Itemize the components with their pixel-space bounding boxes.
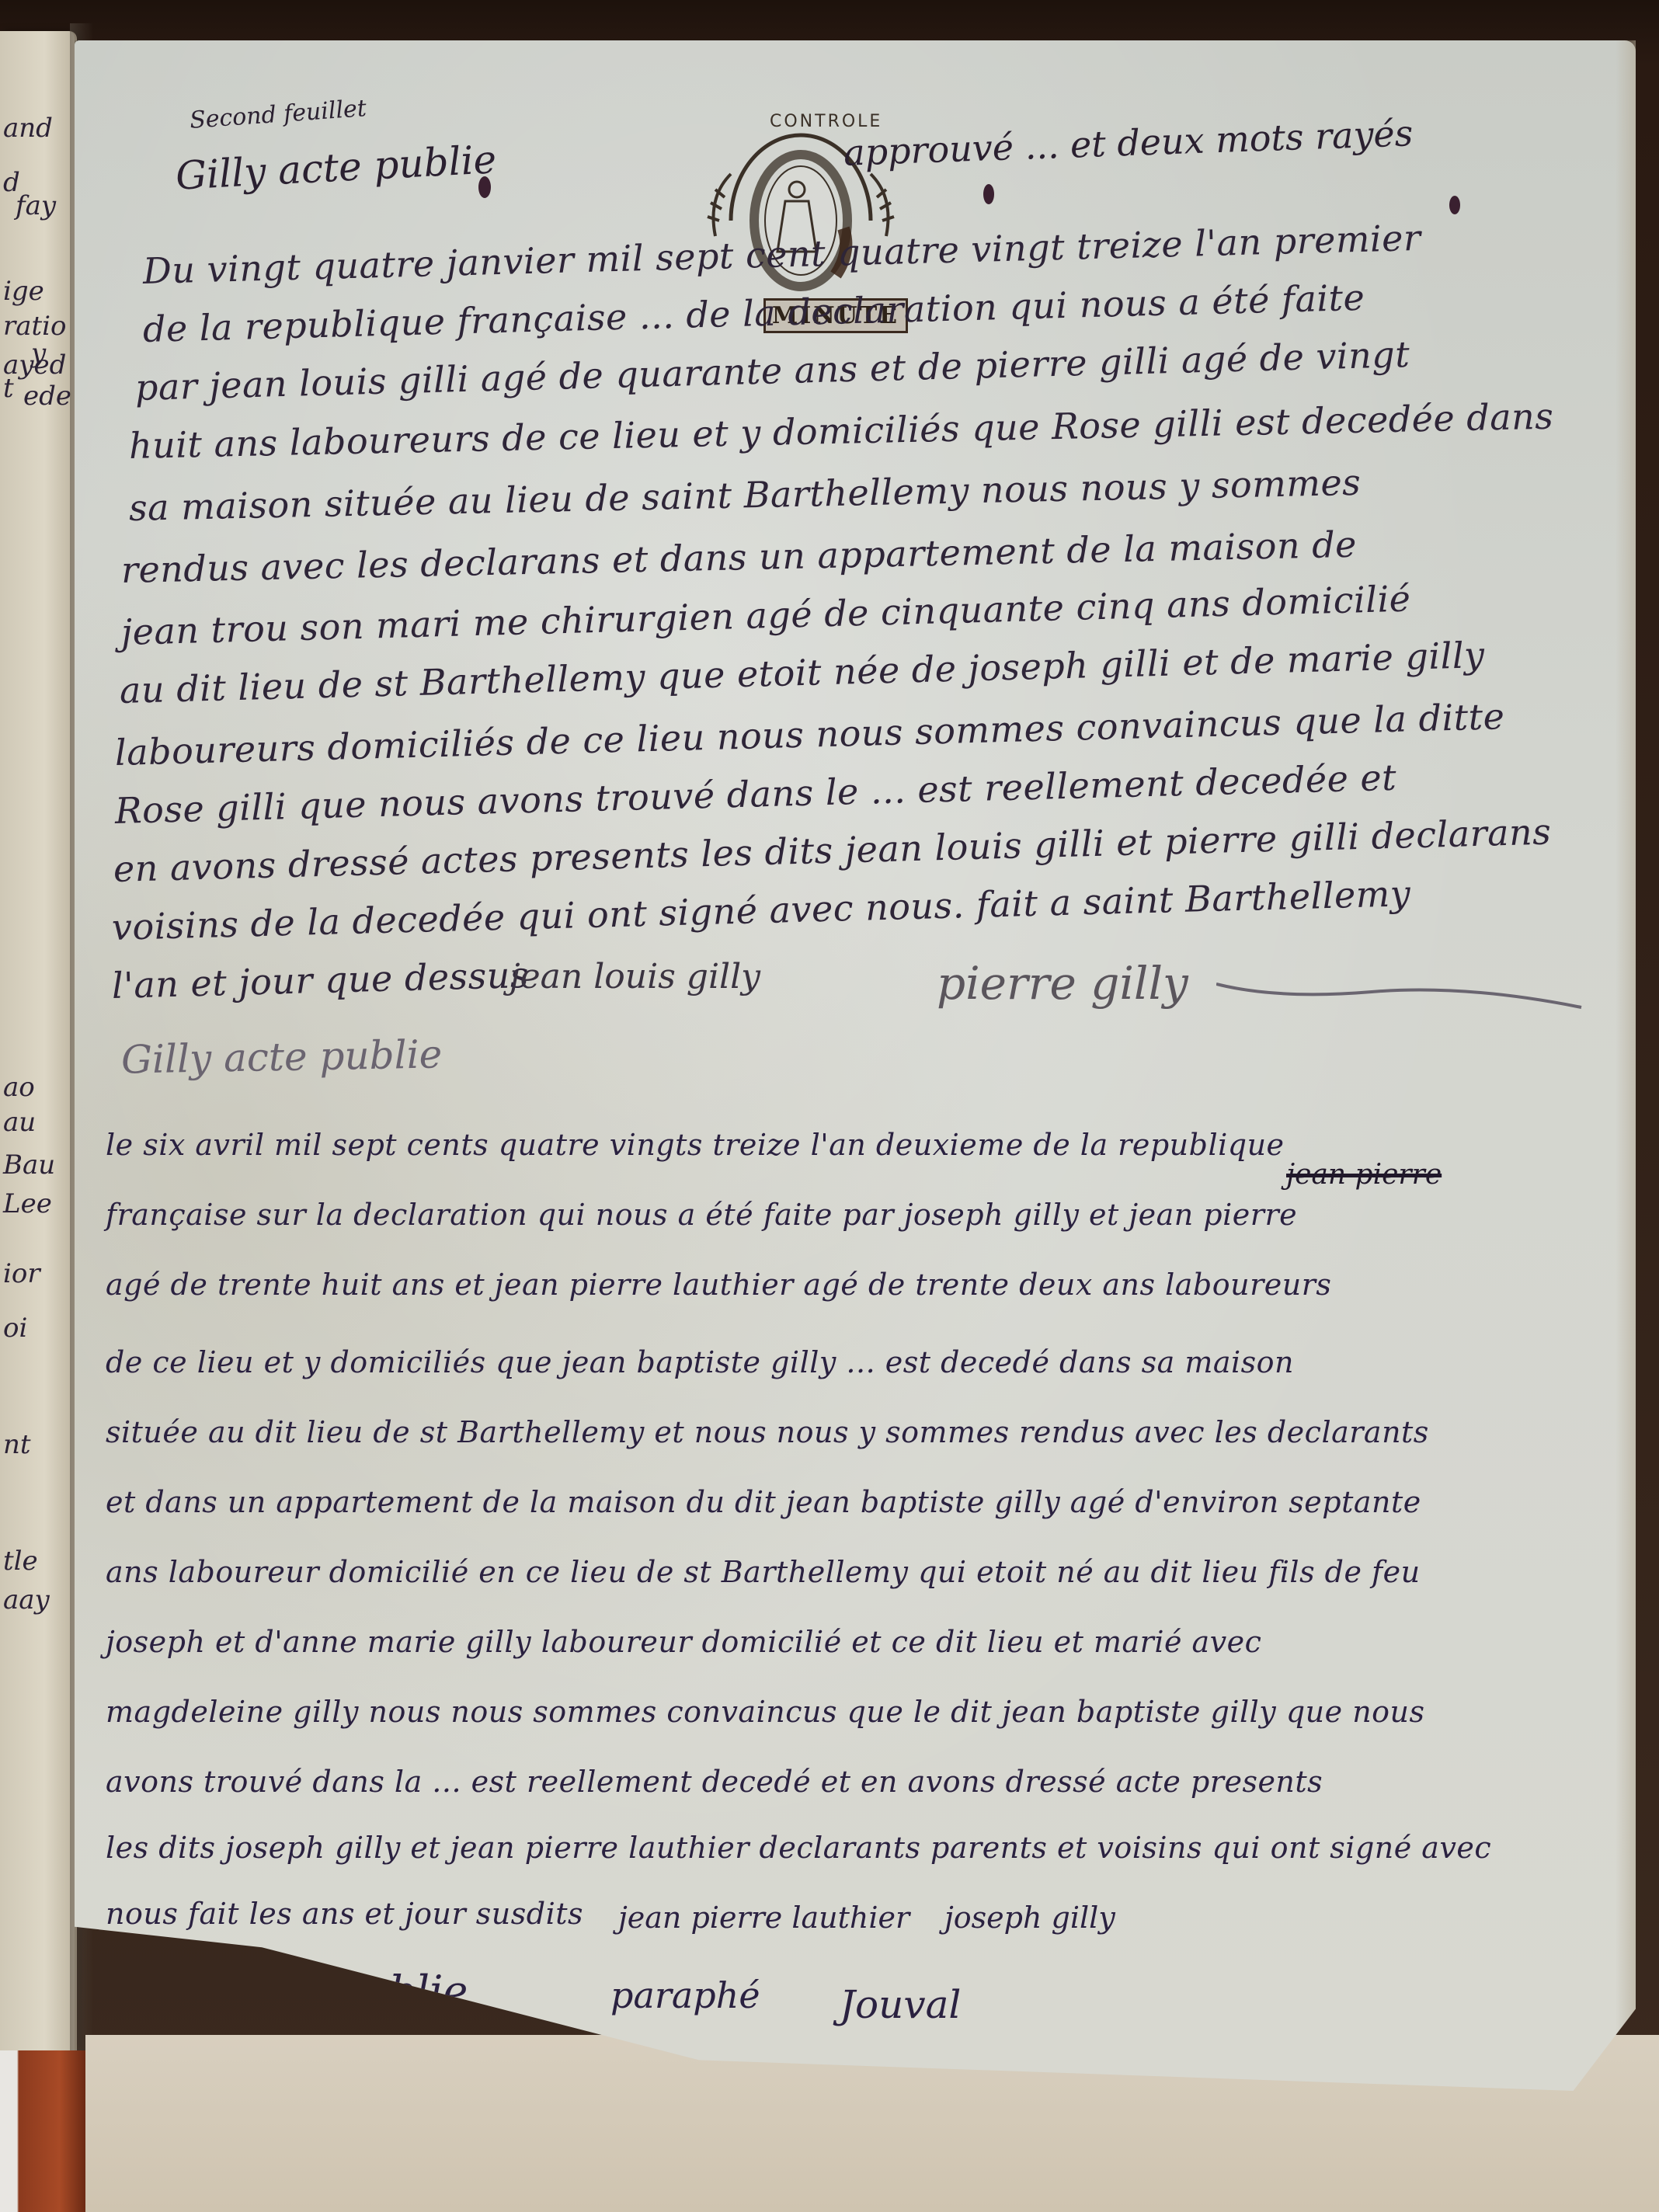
folio-note: Second feuillet xyxy=(189,95,367,134)
entry-1-line: sa maison située au lieu de saint Barthe… xyxy=(128,461,1361,529)
entry-2-heading: Gilly acte publie xyxy=(121,1031,443,1082)
entry-1-line: rendus avec les declarans et dans un app… xyxy=(120,523,1357,591)
register-page: CONTROLE MINUTE Second feuillet Gilly ac… xyxy=(75,40,1636,2091)
signature-pierre-gilly: pierre gilly xyxy=(937,957,1188,1010)
signature-flourish-icon xyxy=(1216,976,1589,1023)
left-page-fragment: aay xyxy=(3,1584,50,1616)
footer-heading: Gilly acte publie xyxy=(121,1967,468,2015)
entry-1-line: huit ans laboureurs de ce lieu et y domi… xyxy=(128,395,1553,467)
entry-2-line: française sur la declaration qui nous a … xyxy=(106,1198,1297,1232)
entry-2-line: et dans un appartement de la maison du d… xyxy=(106,1485,1421,1519)
entry-2-line: située au dit lieu de st Barthellemy et … xyxy=(106,1415,1429,1449)
footer-signature: Jouval xyxy=(840,1982,961,2027)
adjacent-left-page: and d fay ige ratio y ayed t ede ao au B… xyxy=(0,31,77,2050)
signature-jean-louis-gilly: jean louis gilly xyxy=(510,957,760,996)
book-cover-edge xyxy=(0,2050,85,2212)
entry-2-line: ans laboureur domicilié en ce lieu de st… xyxy=(106,1555,1421,1589)
entry-2-line: le six avril mil sept cents quatre vingt… xyxy=(106,1128,1285,1162)
document-photo: and d fay ige ratio y ayed t ede ao au B… xyxy=(0,0,1659,2212)
left-page-fragment: nt xyxy=(3,1429,31,1460)
left-page-fragment: tle xyxy=(3,1546,38,1577)
entry-1-line: l'an et jour que dessus xyxy=(111,954,529,1007)
entry-2-line: joseph et d'anne marie gilly laboureur d… xyxy=(106,1625,1261,1659)
left-page-fragment: Lee xyxy=(3,1188,52,1219)
entry-2-line: les dits joseph gilly et jean pierre lau… xyxy=(106,1831,1491,1865)
left-page-fragment: and xyxy=(3,113,53,144)
entry-2-line: agé de trente huit ans et jean pierre la… xyxy=(106,1268,1331,1302)
struck-text: jean pierre xyxy=(1286,1159,1442,1191)
entry-2-line: de ce lieu et y domiciliés que jean bapt… xyxy=(106,1345,1294,1379)
left-page-fragment: au xyxy=(3,1107,36,1138)
entry-2-line: nous fait les ans et jour susdits xyxy=(106,1897,583,1931)
left-page-fragment: t xyxy=(3,373,14,404)
entry-1-heading: Gilly acte publie xyxy=(175,137,498,199)
entry-2-line: magdeleine gilly nous nous sommes convai… xyxy=(106,1695,1425,1729)
entry-2-line: avons trouvé dans la ... est reellement … xyxy=(106,1765,1323,1799)
left-page-fragment: ede xyxy=(23,381,71,412)
entry-1-heading-note: approuvé ... et deux mots rayés xyxy=(843,112,1414,174)
left-page-fragment: fay xyxy=(16,190,56,221)
left-page-fragment: ratio xyxy=(3,311,67,342)
left-page-fragment: oi xyxy=(3,1313,27,1344)
left-page-fragment: Bau xyxy=(3,1149,55,1181)
footer-note: paraphé xyxy=(610,1974,760,2016)
page-edge xyxy=(1616,40,1636,2091)
left-page-fragment: ior xyxy=(3,1258,40,1289)
left-page-fragment: ige xyxy=(3,276,44,307)
ink-blot xyxy=(1449,196,1460,214)
signature-jean-pierre-lauthier: jean pierre lauthier xyxy=(618,1901,909,1935)
stamp-top-text: CONTROLE xyxy=(770,112,882,131)
signature-joseph-gilly: joseph gilly xyxy=(944,1901,1115,1935)
ink-blot xyxy=(983,184,994,204)
left-page-fragment: ao xyxy=(3,1072,35,1103)
